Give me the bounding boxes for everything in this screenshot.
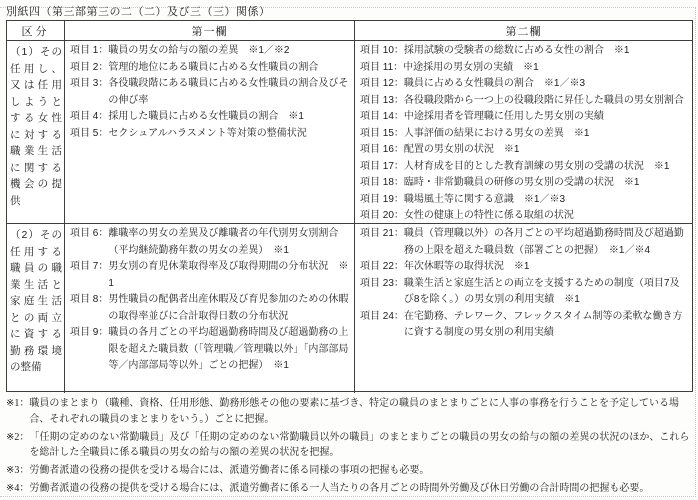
document-page: { "title": "別紙四（第三部第三の二（二）及び三（三）関係）", "t… (0, 0, 698, 500)
table-item-15: 項目 15： 人事評価の結果における男女の差異 ※1 (360, 126, 688, 143)
item-text: 採用試験の受験者の総数に占める女性の割合 ※1 (404, 43, 688, 60)
row1-column2-items: 項目 10： 採用試験の受験者の総数に占める女性の割合 ※1 項目 11： 中途… (354, 40, 692, 223)
table-item-2: 項目 2： 管理的地位にある職員に占める女性職員の割合 (70, 60, 350, 77)
table-item-9: 項目 9： 職員の各月ごとの平均超過勤務時間及び超過勤務の上限を超えた職員数（「… (70, 325, 350, 375)
page-title: 別紙四（第三部第三の二（二）及び三（三）関係） (6, 3, 271, 19)
footnote-marker: ※4： (6, 481, 29, 497)
footnote-marker: ※2： (6, 430, 29, 461)
table-item-19: 項目 19： 職場風土等に関する意識 ※1／※3 (360, 192, 688, 209)
item-text: 男性職員の配偶者出産休暇及び育児参加のための休暇の取得率並びに合計取得日数の分布… (108, 292, 350, 325)
table-item-3: 項目 3： 各役職段階にある職員に占める女性職員の割合及びその伸び率 (70, 76, 350, 109)
item-number: 項目 14： (360, 109, 404, 126)
row2-category: （2）その任用する職員の職業生活と家庭生活との両立に資する勤務環境の整備 (7, 223, 64, 393)
header-kubun: 区分 (7, 21, 64, 40)
footnote-marker: ※1： (6, 396, 29, 427)
row1-column1-items: 項目 1： 職員の男女の給与の額の差異 ※1／※2 項目 2： 管理的地位にある… (64, 40, 354, 223)
item-number: 項目 15： (360, 126, 404, 143)
item-text: 中途採用の男女別の実績 ※1 (403, 60, 688, 77)
item-text: 各役職段階から一つ上の役職段階に昇任した職員の男女別割合 (404, 93, 688, 110)
row1-category: （1）その任用し、又は任用しようとする女性に対する職業生活に関する機会の提供 (7, 40, 64, 223)
item-number: 項目 7： (70, 259, 108, 292)
item-number: 項目 4： (70, 109, 108, 126)
item-number: 項目 8： (70, 292, 108, 325)
row2-column2-items: 項目 21： 職員（管理職以外）の各月ごとの平均超過勤務時間及び超過勤務の上限を… (354, 223, 692, 393)
footnote-marker: ※3： (6, 463, 29, 479)
item-text: 在宅勤務、テレワーク、フレックスタイム制等の柔軟な働き方に資する制度の男女別の利… (404, 309, 688, 342)
item-number: 項目 22： (360, 259, 404, 276)
item-number: 項目 3： (70, 76, 108, 109)
item-text: 男女別の育児休業取得率及び取得期間の分布状況 ※1 (108, 259, 350, 292)
item-text: 配置の男女別の状況 ※1 (404, 142, 688, 159)
table-item-16: 項目 16： 配置の男女別の状況 ※1 (360, 142, 688, 159)
item-number: 項目 19： (360, 192, 404, 209)
table-item-6: 項目 6： 離職率の男女の差異及び離職者の年代別男女別割合（平均継続勤務年数の男… (70, 226, 350, 259)
table-item-21: 項目 21： 職員（管理職以外）の各月ごとの平均超過勤務時間及び超過勤務の上限を… (360, 226, 688, 259)
item-number: 項目 24： (360, 309, 404, 342)
item-number: 項目 20： (360, 208, 404, 223)
footnote-4: ※4： 労働者派遣の役務の提供を受ける場合には、派遣労働者に係る一人当たりの各月… (6, 481, 696, 497)
item-number: 項目 5： (70, 126, 108, 143)
table-item-20: 項目 20： 女性の健康上の特性に係る取組の状況 (360, 208, 688, 223)
footnotes: ※1： 職員のまとまり（職種、資格、任用形態、勤務形態その他の要素に基づき、特定… (6, 396, 696, 499)
table-item-14: 項目 14： 中途採用者を管理職に任用した男女別の実績 (360, 109, 688, 126)
item-text: 職員の男女の給与の額の差異 ※1／※2 (108, 43, 350, 60)
row2-column1-items: 項目 6： 離職率の男女の差異及び離職者の年代別男女別割合（平均継続勤務年数の男… (64, 223, 354, 393)
criteria-table: 区分 第一欄 第二欄 （1）その任用し、又は任用しようとする女性に対する職業生活… (6, 20, 693, 392)
item-text: 各役職段階にある職員に占める女性職員の割合及びその伸び率 (108, 76, 350, 109)
item-number: 項目 1： (70, 43, 108, 60)
item-text: 離職率の男女の差異及び離職者の年代別男女別割合（平均継続勤務年数の男女の差異） … (108, 226, 350, 259)
footnote-3: ※3： 労働者派遣の役務の提供を受ける場合には、派遣労働者に係る同様の事項の把握… (6, 463, 696, 479)
item-number: 項目 16： (360, 142, 404, 159)
item-text: 中途採用者を管理職に任用した男女別の実績 (404, 109, 688, 126)
item-text: 臨時・非常勤職員の研修の男女別の受講の状況 ※1 (404, 175, 688, 192)
table-item-23: 項目 23： 職業生活と家庭生活との両立を支援するための制度（項目7及び8を除く… (360, 276, 688, 309)
item-text: 人材育成を目的とした教育訓練の男女別の受講の状況 ※1 (404, 159, 688, 176)
table-item-11: 項目 11： 中途採用の男女別の実績 ※1 (360, 60, 688, 77)
item-text: 職員の各月ごとの平均超過勤務時間及び超過勤務の上限を超えた職員数（「管理職／管理… (108, 325, 350, 375)
table-item-7: 項目 7： 男女別の育児休業取得率及び取得期間の分布状況 ※1 (70, 259, 350, 292)
item-number: 項目 18： (360, 175, 404, 192)
table-item-22: 項目 22： 年次休暇等の取得状況 ※1 (360, 259, 688, 276)
item-number: 項目 12： (360, 76, 404, 93)
table-item-24: 項目 24： 在宅勤務、テレワーク、フレックスタイム制等の柔軟な働き方に資する制… (360, 309, 688, 342)
item-number: 項目 6： (70, 226, 108, 259)
item-number: 項目 11： (360, 60, 403, 77)
table-item-13: 項目 13： 各役職段階から一つ上の役職段階に昇任した職員の男女別割合 (360, 93, 688, 110)
item-text: 管理的地位にある職員に占める女性職員の割合 (108, 60, 350, 77)
item-text: 年次休暇等の取得状況 ※1 (404, 259, 688, 276)
footnote-2: ※2： 「任期の定めのない常勤職員」及び「任期の定めのない常勤職員以外の職員」の… (6, 430, 696, 461)
header-column1: 第一欄 (64, 21, 354, 40)
footnote-text: 職員のまとまり（職種、資格、任用形態、勤務形態その他の要素に基づき、特定の職員の… (29, 396, 696, 427)
footnote-text: 労働者派遣の役務の提供を受ける場合には、派遣労働者に係る同様の事項の把握も必要。 (29, 463, 696, 479)
table-item-12: 項目 12： 職員に占める女性職員の割合 ※1／※3 (360, 76, 688, 93)
header-column2: 第二欄 (354, 21, 692, 40)
item-number: 項目 23： (360, 276, 404, 309)
item-text: 職場風土等に関する意識 ※1／※3 (404, 192, 688, 209)
table-item-17: 項目 17： 人材育成を目的とした教育訓練の男女別の受講の状況 ※1 (360, 159, 688, 176)
item-number: 項目 2： (70, 60, 108, 77)
item-text: 女性の健康上の特性に係る取組の状況 (404, 208, 688, 223)
footnote-text: 労働者派遣の役務の提供を受ける場合には、派遣労働者に係る一人当たりの各月ごとの時… (29, 481, 696, 497)
item-number: 項目 17： (360, 159, 404, 176)
item-text: 人事評価の結果における男女の差異 ※1 (404, 126, 688, 143)
table-item-8: 項目 8： 男性職員の配偶者出産休暇及び育児参加のための休暇の取得率並びに合計取… (70, 292, 350, 325)
table-item-4: 項目 4： 採用した職員に占める女性職員の割合 ※1 (70, 109, 350, 126)
item-text: 職員（管理職以外）の各月ごとの平均超過勤務時間及び超過勤務の上限を超えた職員数（… (404, 226, 688, 259)
item-text: 職業生活と家庭生活との両立を支援するための制度（項目7及び8を除く。）の男女別の… (404, 276, 688, 309)
footnote-1: ※1： 職員のまとまり（職種、資格、任用形態、勤務形態その他の要素に基づき、特定… (6, 396, 696, 427)
item-text: セクシュアルハラスメント等対策の整備状況 (108, 126, 350, 143)
table-item-1: 項目 1： 職員の男女の給与の額の差異 ※1／※2 (70, 43, 350, 60)
item-number: 項目 10： (360, 43, 404, 60)
item-number: 項目 21： (360, 226, 404, 259)
item-number: 項目 9： (70, 325, 108, 375)
table-item-18: 項目 18： 臨時・非常勤職員の研修の男女別の受講の状況 ※1 (360, 175, 688, 192)
footnote-text: 「任期の定めのない常勤職員」及び「任期の定めのない常勤職員以外の職員」のまとまり… (29, 430, 696, 461)
item-number: 項目 13： (360, 93, 404, 110)
item-text: 採用した職員に占める女性職員の割合 ※1 (108, 109, 350, 126)
item-text: 職員に占める女性職員の割合 ※1／※3 (404, 76, 688, 93)
table-item-10: 項目 10： 採用試験の受験者の総数に占める女性の割合 ※1 (360, 43, 688, 60)
table-item-5: 項目 5： セクシュアルハラスメント等対策の整備状況 (70, 126, 350, 143)
